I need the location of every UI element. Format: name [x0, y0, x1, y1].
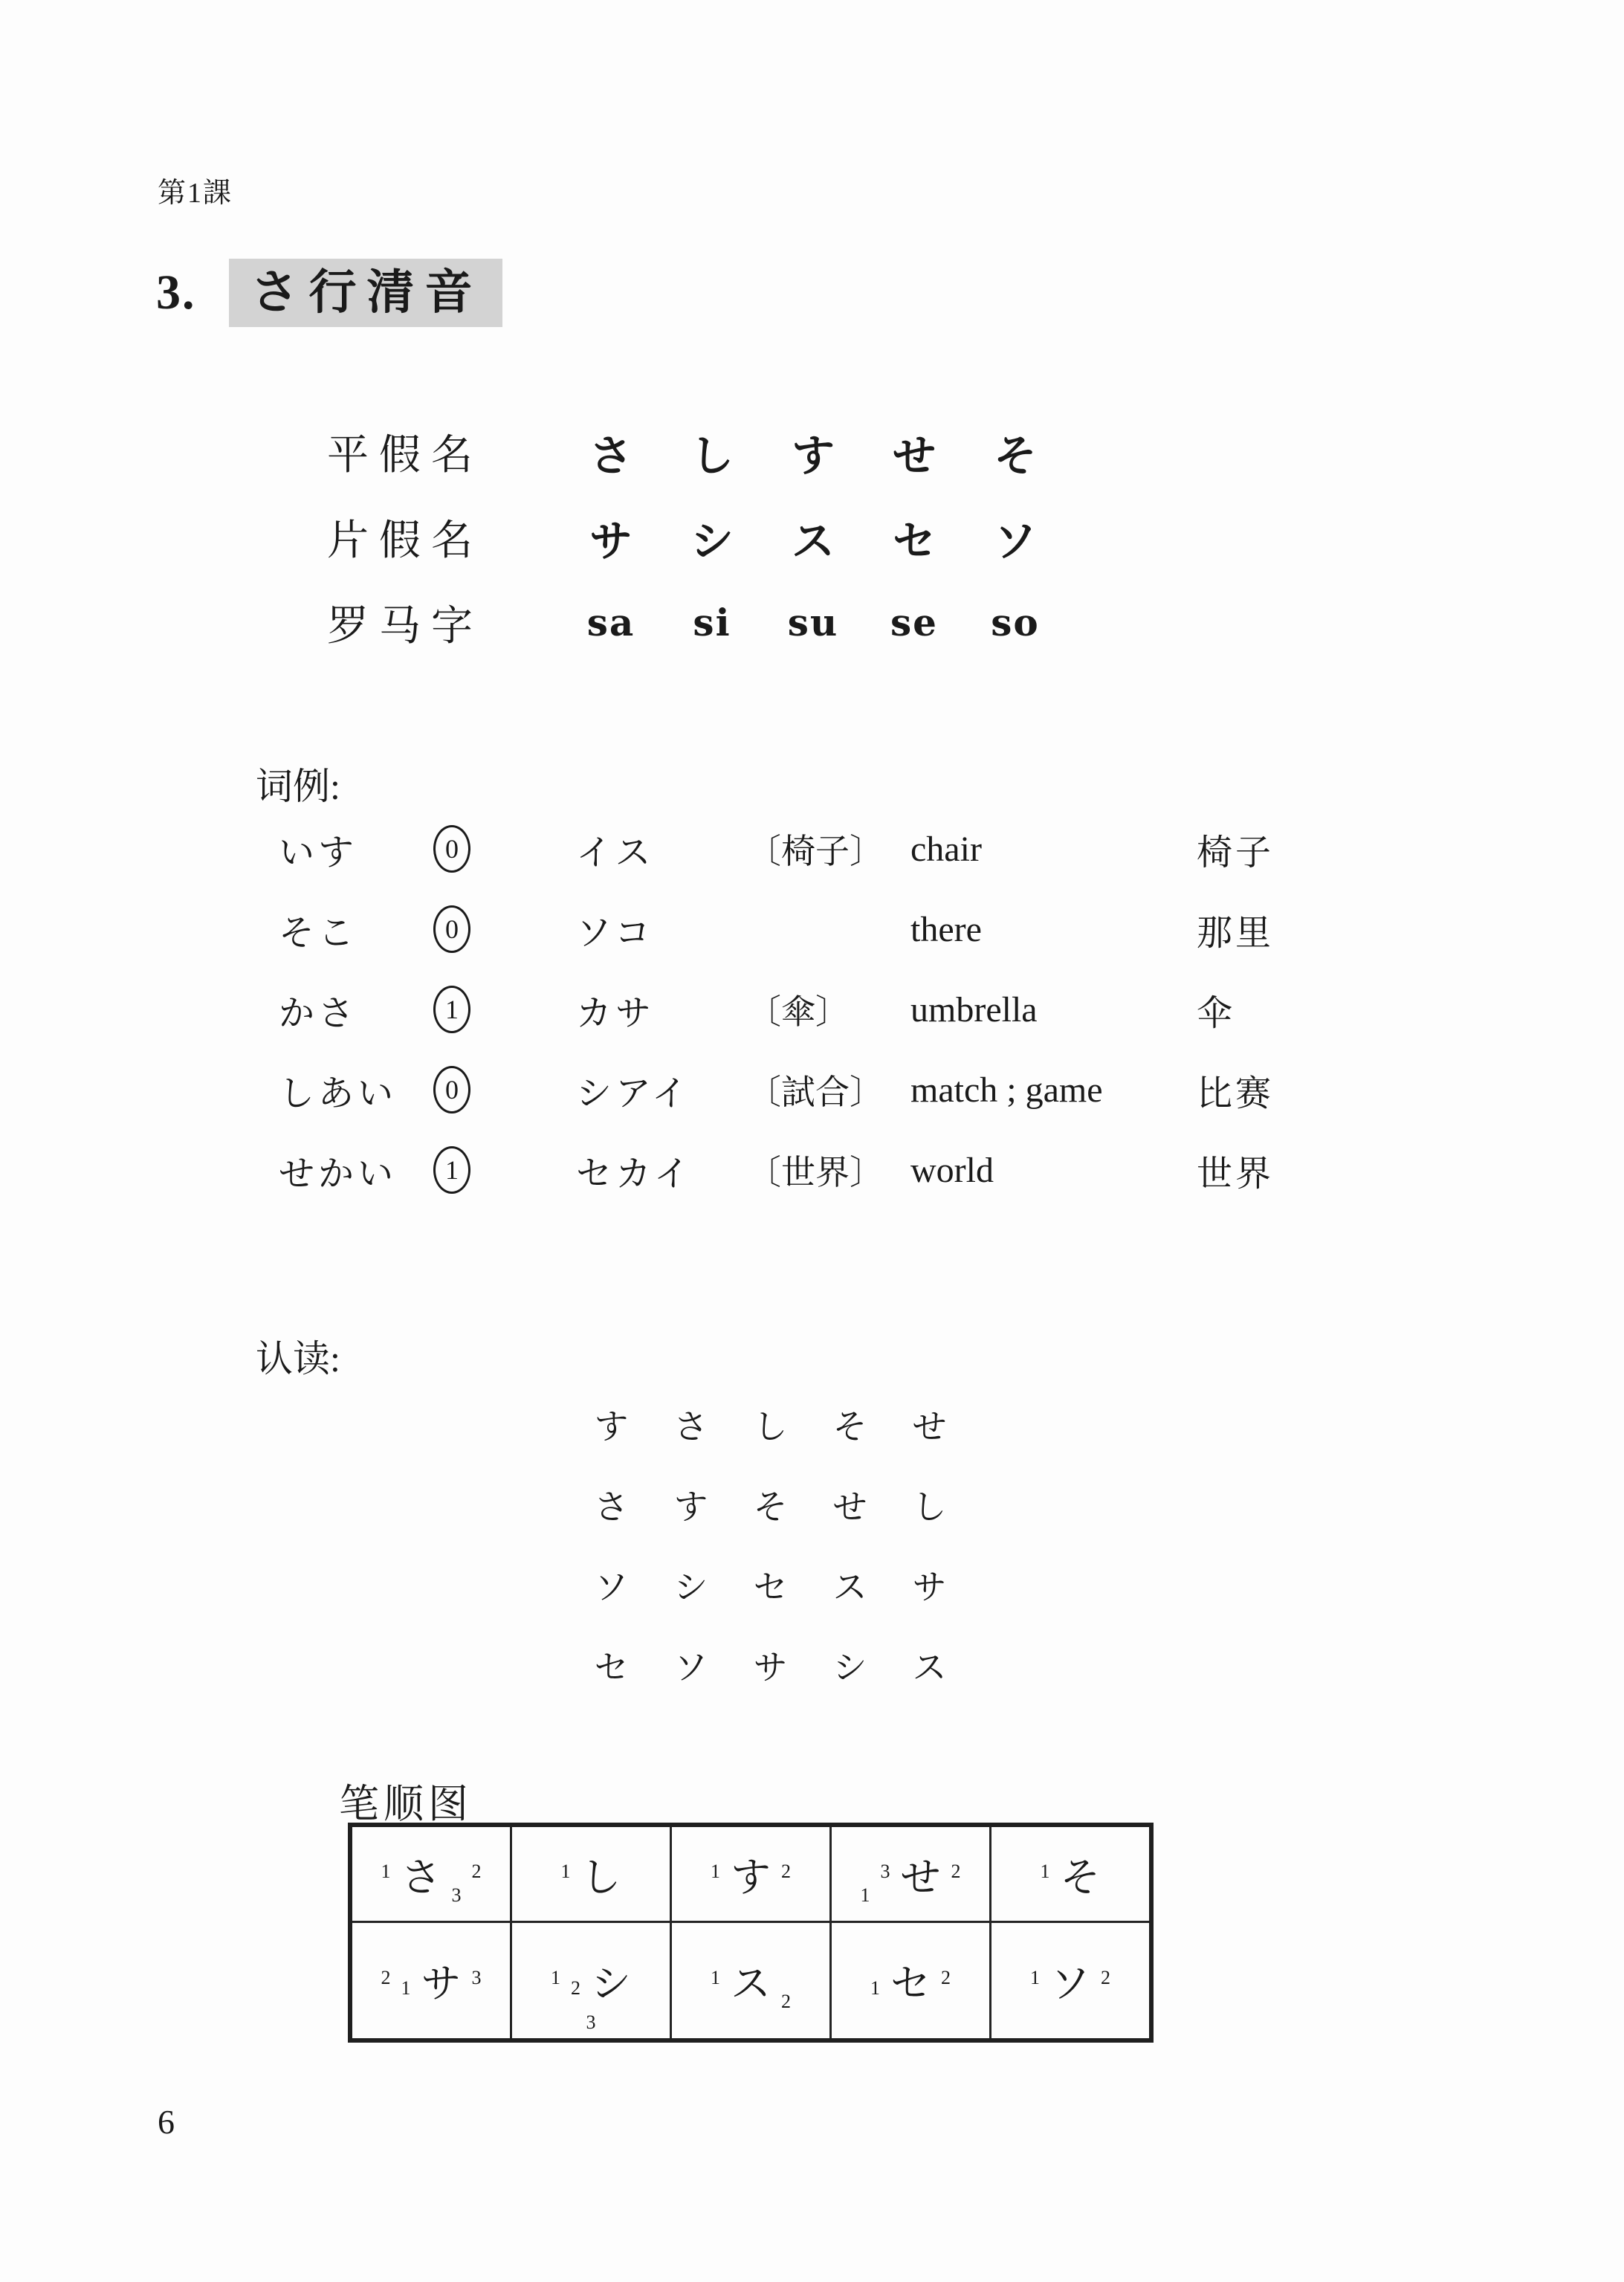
accent-number-circle: 1 — [433, 986, 470, 1033]
stroke-number: 1 — [561, 1861, 571, 1883]
kana-row-label: 罗马字 — [327, 593, 560, 653]
kana-chart-row: 平假名さしすせそ — [327, 409, 1066, 494]
kana-chart-row: 罗马字sasisuseso — [327, 580, 1066, 665]
kana-cell: so — [965, 601, 1066, 644]
kana-cell: サ — [560, 506, 661, 569]
stroke-kana: ソ — [1050, 1952, 1090, 2009]
stroke-order-row: 21サ312シ31ス21セ21ソ2 — [350, 1922, 1151, 2041]
stroke-order-cell: 1そ — [991, 1825, 1152, 1922]
section-title: さ行清音 — [229, 259, 502, 327]
stroke-number: 2 — [781, 1991, 791, 2013]
stroke-number: 1 — [861, 1884, 870, 1907]
kana-cell: su — [763, 601, 864, 644]
kana-cell: si — [661, 601, 763, 644]
word-hiragana: せかい — [279, 1145, 433, 1196]
stroke-order-cell: 13せ2 — [831, 1825, 991, 1922]
reading-kana: セ — [731, 1560, 810, 1609]
kana-cell: す — [763, 421, 864, 483]
reading-kana: そ — [731, 1480, 810, 1529]
word-english: there — [910, 909, 1197, 950]
page-number: 6 — [158, 2102, 175, 2142]
word-english: umbrella — [910, 989, 1197, 1030]
stroke-number: 2 — [571, 1977, 580, 2000]
accent-number-circle: 0 — [433, 1066, 470, 1113]
kana-cell: さ — [560, 421, 661, 483]
kana-cell: se — [864, 601, 965, 644]
stroke-number: 3 — [512, 2011, 670, 2034]
word-examples-table: いす0イス〔椅子〕chair椅子そこ0ソコthere那里かさ1カサ〔傘〕umbr… — [0, 809, 1624, 1210]
reading-kana: し — [731, 1400, 810, 1449]
stroke-number: 1 — [551, 1967, 560, 1989]
stroke-number: 1 — [870, 1977, 880, 2000]
kana-chart: 平假名さしすせそ片假名サシスセソ罗马字sasisuseso — [327, 409, 1066, 665]
stroke-number: 1 — [401, 1977, 411, 2000]
word-hiragana: かさ — [279, 984, 433, 1035]
stroke-order-row: 1さ321し1す213せ21そ — [350, 1825, 1151, 1922]
word-chinese: 世界 — [1197, 1145, 1274, 1196]
accent-cell: 0 — [433, 905, 576, 953]
word-chinese: 比赛 — [1197, 1064, 1274, 1116]
word-hiragana: しあい — [279, 1064, 433, 1116]
stroke-order-cell: 12シ3 — [511, 1922, 671, 2041]
stroke-number: 1 — [711, 1861, 720, 1883]
word-kanji: 〔世界〕 — [747, 1145, 910, 1195]
reading-kana: せ — [810, 1480, 890, 1529]
reading-kana: せ — [890, 1400, 969, 1449]
reading-practice-label: 认读: — [256, 1329, 340, 1383]
section-heading: 3. さ行清音 — [156, 259, 502, 327]
reading-kana: ス — [810, 1560, 890, 1609]
stroke-order-cell: 1す2 — [671, 1825, 831, 1922]
word-hiragana: そこ — [279, 904, 433, 955]
stroke-number: 1 — [1041, 1861, 1050, 1883]
word-example-row: せかい1セカイ〔世界〕world世界 — [0, 1130, 1624, 1210]
word-chinese: 那里 — [1197, 904, 1274, 955]
stroke-number: 1 — [711, 1967, 720, 1989]
kana-cell: ス — [763, 506, 864, 569]
stroke-number: 2 — [781, 1861, 791, 1883]
word-katakana: イス — [576, 824, 747, 875]
word-example-row: かさ1カサ〔傘〕umbrella伞 — [0, 969, 1624, 1050]
stroke-number: 3 — [472, 1967, 482, 1989]
stroke-kana: そ — [1061, 1846, 1101, 1903]
kana-row-label: 平假名 — [327, 422, 560, 482]
stroke-number: 1 — [381, 1861, 391, 1883]
stroke-number: 1 — [1030, 1967, 1040, 1989]
word-examples-label: 词例: — [256, 757, 340, 810]
reading-row: ソシセスサ — [572, 1545, 969, 1625]
stroke-order-cell: 1さ32 — [350, 1825, 511, 1922]
kana-chart-row: 片假名サシスセソ — [327, 494, 1066, 580]
reading-kana: す — [572, 1400, 651, 1449]
stroke-kana: ス — [731, 1952, 771, 2009]
word-kanji: 〔試合〕 — [747, 1065, 910, 1114]
stroke-kana: せ — [901, 1846, 941, 1903]
kana-cell: ソ — [965, 506, 1066, 569]
section-number: 3. — [156, 265, 196, 321]
reading-kana: シ — [651, 1560, 731, 1609]
reading-kana: そ — [810, 1400, 890, 1449]
word-chinese: 伞 — [1197, 984, 1235, 1035]
word-english: world — [910, 1150, 1197, 1191]
word-example-row: いす0イス〔椅子〕chair椅子 — [0, 809, 1624, 889]
word-katakana: セカイ — [576, 1145, 747, 1196]
reading-kana: サ — [890, 1560, 969, 1609]
word-hiragana: いす — [279, 824, 433, 875]
accent-cell: 1 — [433, 986, 576, 1033]
reading-kana: し — [890, 1480, 969, 1529]
kana-cell: そ — [965, 421, 1066, 483]
kana-cell: し — [661, 421, 763, 483]
word-kanji: 〔椅子〕 — [747, 824, 910, 873]
accent-cell: 0 — [433, 825, 576, 873]
word-example-row: そこ0ソコthere那里 — [0, 889, 1624, 969]
kana-cell: セ — [864, 506, 965, 569]
word-example-row: しあい0シアイ〔試合〕match ; game比赛 — [0, 1050, 1624, 1130]
reading-practice-grid: すさしそせさすそせしソシセスサセソサシス — [572, 1384, 969, 1705]
word-katakana: カサ — [576, 984, 747, 1035]
word-katakana: ソコ — [576, 904, 747, 955]
stroke-kana: し — [581, 1846, 621, 1903]
kana-cell: シ — [661, 506, 763, 569]
reading-kana: シ — [810, 1641, 890, 1690]
reading-row: セソサシス — [572, 1625, 969, 1705]
stroke-kana: す — [731, 1846, 771, 1903]
accent-number-circle: 0 — [433, 905, 470, 953]
reading-row: すさしそせ — [572, 1384, 969, 1464]
stroke-number: 2 — [941, 1967, 951, 1989]
stroke-kana: さ — [401, 1846, 441, 1903]
reading-kana: す — [651, 1480, 731, 1529]
kana-cell: せ — [864, 421, 965, 483]
stroke-number: 2 — [472, 1861, 482, 1883]
stroke-number: 2 — [1101, 1967, 1110, 1989]
stroke-kana: セ — [890, 1952, 931, 2009]
kana-cell: sa — [560, 601, 661, 644]
word-kanji: 〔傘〕 — [747, 985, 910, 1034]
kana-row-label: 片假名 — [327, 508, 560, 567]
reading-row: さすそせし — [572, 1464, 969, 1545]
accent-cell: 1 — [433, 1146, 576, 1194]
reading-kana: さ — [651, 1400, 731, 1449]
reading-kana: ソ — [572, 1560, 651, 1609]
stroke-kana: シ — [591, 1952, 631, 2009]
word-english: chair — [910, 829, 1197, 870]
stroke-number: 2 — [381, 1967, 391, 1989]
accent-cell: 0 — [433, 1066, 576, 1113]
reading-kana: さ — [572, 1480, 651, 1529]
reading-kana: ス — [890, 1641, 969, 1690]
reading-kana: セ — [572, 1641, 651, 1690]
word-chinese: 椅子 — [1197, 824, 1274, 875]
accent-number-circle: 1 — [433, 1146, 470, 1194]
stroke-order-table: 1さ321し1す213せ21そ21サ312シ31ス21セ21ソ2 — [348, 1823, 1154, 2043]
stroke-order-cell: 1ソ2 — [991, 1922, 1152, 2041]
stroke-order-cell: 1し — [511, 1825, 671, 1922]
lesson-header: 第1課 — [158, 169, 233, 210]
stroke-order-label: 笔顺图 — [339, 1772, 473, 1829]
word-english: match ; game — [910, 1070, 1197, 1111]
stroke-number: 3 — [452, 1884, 462, 1907]
stroke-number: 2 — [951, 1861, 961, 1883]
accent-number-circle: 0 — [433, 825, 470, 873]
stroke-order-cell: 1ス2 — [671, 1922, 831, 2041]
reading-kana: ソ — [651, 1641, 731, 1690]
stroke-number: 3 — [881, 1861, 890, 1883]
stroke-kana: サ — [421, 1952, 462, 2009]
reading-kana: サ — [731, 1641, 810, 1690]
word-katakana: シアイ — [576, 1064, 747, 1116]
stroke-order-cell: 21サ3 — [350, 1922, 511, 2041]
stroke-order-cell: 1セ2 — [831, 1922, 991, 2041]
